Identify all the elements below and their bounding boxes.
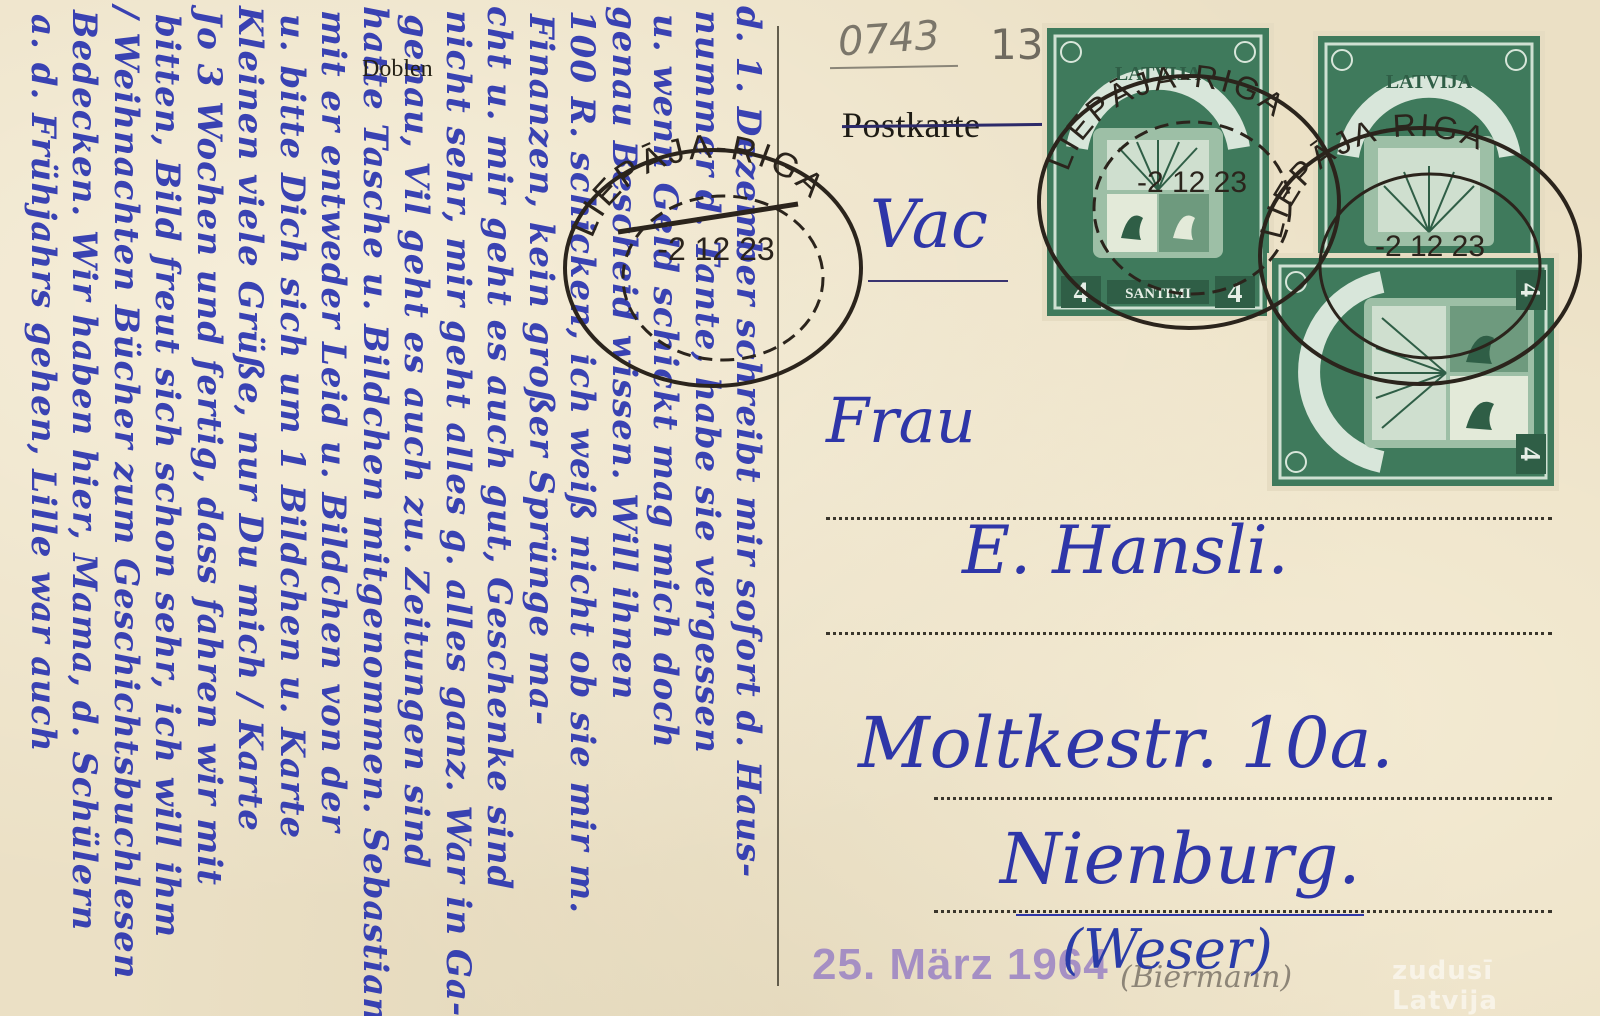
message-column: Kleinen viele Grüße, nur Du mich / Karte <box>230 6 270 832</box>
svg-text:LIEPĀJA-RIGA: LIEPĀJA-RIGA <box>1253 107 1493 242</box>
address-note: Vac <box>870 186 988 263</box>
svg-text:LATVIJA: LATVIJA <box>1386 71 1473 93</box>
postmark-3: LIEPĀJA-RIGA -2 12 23 <box>1240 96 1600 396</box>
printed-place-name: Doblen <box>362 56 433 83</box>
svg-text:-2 12 23: -2 12 23 <box>1137 166 1247 199</box>
pencil-inventory-id: 0743 <box>837 13 942 66</box>
address-line-4: Nienburg. <box>1000 818 1361 900</box>
svg-text:-2 12 23: -2 12 23 <box>1375 230 1485 263</box>
pencil-underline <box>830 65 958 69</box>
svg-text:LIEPĀJA-RIGA: LIEPĀJA-RIGA <box>564 128 833 242</box>
message-column: Jo 3 Wochen und fertig, dass fahren wir … <box>189 10 229 886</box>
address-dotted-line-4 <box>934 910 1552 913</box>
address-dotted-line-2 <box>826 632 1552 635</box>
address-dotted-line-3 <box>934 797 1552 800</box>
svg-text:-2 12 23: -2 12 23 <box>657 231 774 267</box>
message-column: bitten, Bild freut sich schon sehr, ich … <box>147 14 187 938</box>
svg-text:4: 4 <box>1514 447 1545 461</box>
message-column: / Weihnachten Bücher zum Geschichtsbuchl… <box>106 6 146 979</box>
message-column: genau, Vil geht es auch zu. Zeitungen si… <box>396 14 436 869</box>
address-line-5: (Weser) <box>1062 918 1273 981</box>
message-column: hatte Tasche u. Bildchen mitgenommen. Se… <box>355 6 395 1016</box>
watermark: zudusī Latvija <box>1392 956 1600 1016</box>
note-underline <box>868 280 1008 282</box>
postcard: d. 1. Dezember schreibt mir sofort d. Ha… <box>0 0 1600 1016</box>
message-column: mit er entweder Leid u. Bildchen von der <box>313 10 353 833</box>
address-line-2: E. Hansli. <box>962 512 1289 589</box>
message-column: u. bitte Dich sich um 1 Bildchen u. Kart… <box>272 14 312 839</box>
message-column: a. d. Frühjahrs gehen, Lille war auch <box>23 14 63 752</box>
postmark-1: LIEPĀJA-RIGA -2 12 23 <box>548 128 878 398</box>
message-column: nicht sehr, mir geht alles g. alles ganz… <box>438 10 478 1016</box>
message-column: cht u. mir geht es auch gut, Geschenke s… <box>479 6 519 890</box>
address-line-1: Frau <box>826 384 976 457</box>
address-line-3: Moltkestr. 10a. <box>858 702 1394 784</box>
message-column: Bedecken. Wir haben hier, Mama, d. Schül… <box>64 10 104 931</box>
city-underline <box>1016 914 1364 916</box>
